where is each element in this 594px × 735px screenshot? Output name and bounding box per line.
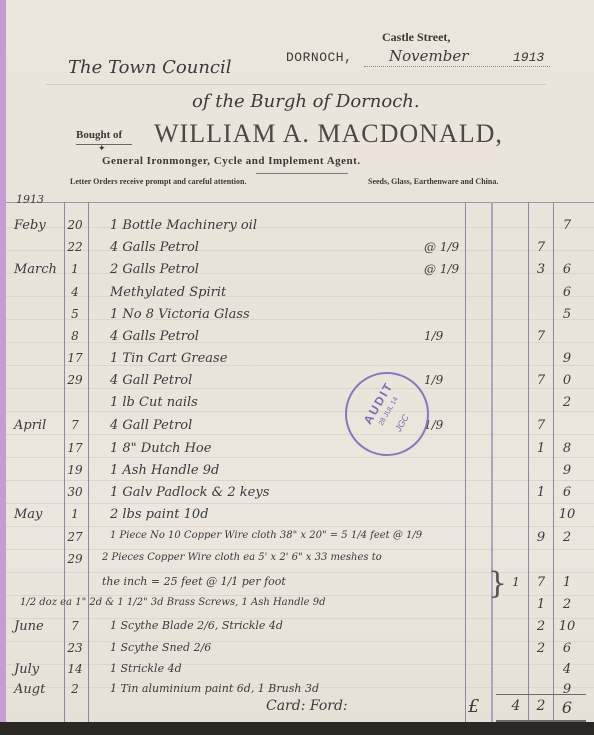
- table-row: March 1 2 Galls Petrol @ 1/9 3 6: [6, 262, 594, 286]
- table-row: 1 lb Cut nails 2: [6, 395, 594, 419]
- row-rate: @ 1/9: [424, 240, 459, 254]
- row-description: 1 lb Cut nails: [110, 395, 198, 410]
- row-description: 4 Gall Petrol: [110, 418, 192, 433]
- row-day: 8: [64, 329, 86, 343]
- row-day: 30: [64, 485, 86, 499]
- row-description: 1 Piece No 10 Copper Wire cloth 38" x 20…: [110, 530, 422, 541]
- row-day: 5: [64, 307, 86, 321]
- trade-rule: [256, 173, 348, 174]
- ledger-table: 1913 Feby 20 1 Bottle Machinery oil 7 22…: [6, 200, 594, 722]
- row-shillings: 1: [530, 485, 552, 500]
- firm-name: WILLIAM A. MACDONALD,: [154, 119, 503, 149]
- row-month: Feby: [14, 218, 46, 233]
- row-pence: 9: [556, 463, 578, 478]
- ornament-cross-icon: ✦: [98, 144, 106, 154]
- row-day: 19: [64, 463, 86, 477]
- row-shillings: 7: [530, 373, 552, 388]
- goods-note: Seeds, Glass, Earthenware and China.: [368, 177, 498, 186]
- row-day: 27: [64, 530, 86, 544]
- row-month: July: [14, 662, 39, 677]
- row-day: 7: [64, 418, 86, 432]
- row-description: 1 Bottle Machinery oil: [110, 218, 257, 233]
- town-name: DORNOCH,: [286, 50, 352, 65]
- row-description: 4 Galls Petrol: [110, 329, 199, 344]
- ledger-top-rule: [6, 202, 594, 203]
- total-row: 4 2 6: [6, 698, 594, 722]
- row-description: 4 Galls Petrol: [110, 240, 199, 255]
- row-pence: 9: [556, 351, 578, 366]
- row-month: April: [14, 418, 46, 433]
- row-pence: 8: [556, 441, 578, 456]
- row-day: 29: [64, 552, 86, 566]
- row-description: 2 Pieces Copper Wire cloth ea 5' x 2' 6"…: [102, 552, 382, 563]
- row-pence: 7: [556, 218, 578, 233]
- table-row: 5 1 No 8 Victoria Glass 5: [6, 307, 594, 331]
- row-description: 1 Tin Cart Grease: [110, 351, 227, 366]
- row-shillings: 2: [530, 641, 552, 656]
- row-description: 1 Scythe Sned 2/6: [110, 641, 211, 654]
- row-description: 1 Scythe Blade 2/6, Strickle 4d: [110, 619, 283, 632]
- addressee-line-1: The Town Council: [68, 57, 232, 78]
- brace-mark: }: [488, 566, 507, 601]
- row-shillings: 1: [530, 441, 552, 456]
- bought-of-label: Bought of: [76, 129, 122, 141]
- total-pounds: 4: [506, 698, 526, 714]
- row-shillings: 7: [530, 575, 552, 590]
- total-pence: 6: [556, 698, 578, 717]
- row-rate: @ 1/9: [424, 262, 459, 276]
- row-month: May: [14, 507, 42, 522]
- total-shillings: 2: [530, 698, 552, 714]
- row-shillings: 7: [530, 418, 552, 433]
- row-day: 14: [64, 662, 86, 676]
- row-description: 1 Tin aluminium paint 6d, 1 Brush 3d: [110, 682, 319, 695]
- date-dotted-line: [364, 66, 550, 67]
- letter-orders-note: Letter Orders receive prompt and careful…: [70, 177, 246, 186]
- row-pence: 6: [556, 641, 578, 656]
- row-month: June: [14, 619, 44, 634]
- row-pence: 6: [556, 285, 578, 300]
- row-description: 4 Gall Petrol: [110, 373, 192, 388]
- row-day: 29: [64, 373, 86, 387]
- row-day: 7: [64, 619, 86, 633]
- table-row: April 7 4 Gall Petrol 1/9 7: [6, 418, 594, 442]
- row-description: 2 Galls Petrol: [110, 262, 199, 277]
- row-pounds: 1: [506, 575, 526, 589]
- row-pence: 6: [556, 262, 578, 277]
- row-pence: 2: [556, 597, 578, 612]
- row-shillings: 7: [530, 240, 552, 255]
- trade-description: General Ironmonger, Cycle and Implement …: [102, 155, 361, 167]
- street-address: Castle Street,: [382, 30, 450, 45]
- row-pence: 5: [556, 307, 578, 322]
- row-description: 2 lbs paint 10d: [110, 507, 209, 522]
- row-day: 23: [64, 641, 86, 655]
- row-pence: 4: [556, 662, 578, 677]
- row-pence: 2: [556, 395, 578, 410]
- row-pence: 6: [556, 485, 578, 500]
- row-day: 17: [64, 441, 86, 455]
- row-description: 1 Galv Padlock & 2 keys: [110, 485, 269, 500]
- row-day: 1: [64, 507, 86, 521]
- row-pence: 10: [556, 507, 578, 522]
- table-row: 30 1 Galv Padlock & 2 keys 1 6: [6, 485, 594, 509]
- row-day: 4: [64, 285, 86, 299]
- table-row: 4 Methylated Spirit 6: [6, 285, 594, 309]
- row-pence: 10: [556, 619, 578, 634]
- table-row: 17 1 Tin Cart Grease 9: [6, 351, 594, 375]
- row-pence: 1: [556, 575, 578, 590]
- row-description: 1 Strickle 4d: [110, 662, 182, 675]
- table-row: Feby 20 1 Bottle Machinery oil 7: [6, 218, 594, 242]
- row-day: 2: [64, 682, 86, 696]
- row-description: 1/2 doz ea 1" 2d & 1 1/2" 3d Brass Screw…: [20, 597, 326, 608]
- row-shillings: 7: [530, 329, 552, 344]
- row-shillings: 9: [530, 530, 552, 545]
- row-month: March: [14, 262, 57, 277]
- audit-stamp-initials: JGC: [393, 413, 411, 434]
- row-description: 1 8" Dutch Hoe: [110, 441, 211, 456]
- row-shillings: 3: [530, 262, 552, 277]
- row-description: 1 No 8 Victoria Glass: [110, 307, 250, 322]
- row-description: the inch = 25 feet @ 1/1 per foot: [102, 575, 286, 588]
- ledger-year: 1913: [16, 193, 44, 206]
- addressee-line-2: of the Burgh of Dornoch.: [192, 91, 420, 112]
- row-description: Methylated Spirit: [110, 285, 226, 300]
- invoice-year: 1913: [513, 50, 544, 65]
- table-row: May 1 2 lbs paint 10d 10: [6, 507, 594, 531]
- table-row: June 7 1 Scythe Blade 2/6, Strickle 4d 2…: [6, 619, 594, 643]
- invoice-month: November: [389, 47, 468, 65]
- scan-bottom-edge: [0, 722, 594, 735]
- row-month: Augt: [14, 682, 45, 697]
- row-day: 20: [64, 218, 86, 232]
- audit-stamp: AUDIT 28 JUL 14 JGC: [345, 372, 429, 456]
- row-pence: 0: [556, 373, 578, 388]
- row-day: 22: [64, 240, 86, 254]
- table-row: 27 1 Piece No 10 Copper Wire cloth 38" x…: [6, 530, 594, 554]
- row-description: 1 Ash Handle 9d: [110, 463, 219, 478]
- row-day: 1: [64, 262, 86, 276]
- table-row: 17 1 8" Dutch Hoe 1 8: [6, 441, 594, 465]
- row-pence: 2: [556, 530, 578, 545]
- table-row: 29 4 Gall Petrol 1/9 7 0: [6, 373, 594, 397]
- row-rate: 1/9: [424, 329, 443, 343]
- row-rate: 1/9: [424, 373, 443, 387]
- addressee-rule: [46, 84, 546, 85]
- row-shillings: 1: [530, 597, 552, 612]
- table-row: 8 4 Galls Petrol 1/9 7: [6, 329, 594, 353]
- row-day: 17: [64, 351, 86, 365]
- row-shillings: 2: [530, 619, 552, 634]
- table-row: 19 1 Ash Handle 9d 9: [6, 463, 594, 487]
- table-row: 22 4 Galls Petrol @ 1/9 7: [6, 240, 594, 264]
- total-rule: [496, 694, 586, 695]
